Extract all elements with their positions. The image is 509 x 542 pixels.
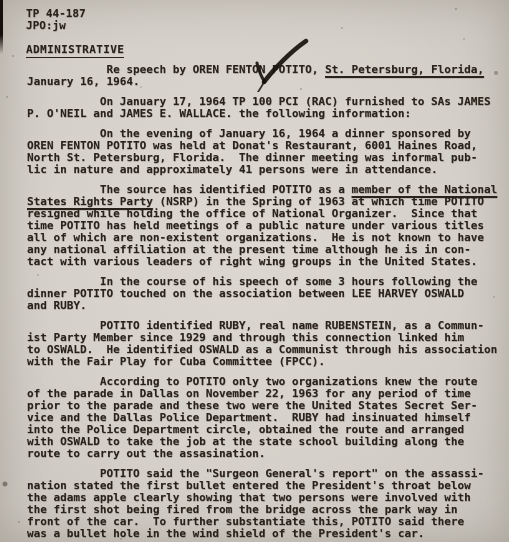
text-segment: with the Fair Play for Cuba Committee (F… [27,355,325,368]
photocopy-edge-mark [0,0,3,54]
text-segment: was a bullet hole in the wind shield of … [27,527,424,540]
para-dinner: On the evening of January 16, 1964 a din… [27,128,503,176]
document-line: was a bullet hole in the wind shield of … [27,528,503,540]
text-segment: route to carry out the assasination. [27,447,265,460]
memo-page: TP 44-187 JPO:jw ADMINISTRATIVE Re speec… [0,0,509,542]
typist-initials: JPO:jw [26,20,503,32]
para-parade-route: According to POTITO only two organizatio… [27,376,503,460]
document-line: route to carry out the assasination. [27,448,503,460]
document-line: dinner POTITO touched on the association… [27,288,503,300]
case-number: TP 44-187 [26,8,503,20]
para-surgeon-general: POTITO said the "Surgeon General's repor… [27,468,503,540]
memo-content: TP 44-187 JPO:jw ADMINISTRATIVE Re speec… [27,8,503,540]
text-segment: and RUBY. [27,299,87,312]
section-title-text: ADMINISTRATIVE [26,43,124,58]
text-segment: lic in nature and approximately 41 perso… [27,163,438,176]
section-title: ADMINISTRATIVE [26,44,503,56]
text-segment: dinner POTITO touched on the association… [27,287,464,300]
document-line: and RUBY. [27,300,503,312]
document-line: with the Fair Play for Cuba Committee (F… [27,356,503,368]
document-line: P. O'NEIL and JAMES E. WALLACE. the foll… [27,108,503,120]
para-ruby: POTITO identified RUBY, real name RUBENS… [27,320,503,368]
underlined-text: St. Petersburg, Florida, [325,63,484,76]
para-speech: In the course of his speech of some 3 ho… [27,276,503,312]
document-line: tact with various leaders of right wing … [27,256,503,268]
para-re-speech: Re speech by OREN FENTON POTITO, St. Pet… [27,64,503,88]
para-nsrp: The source has identified POTITO as a me… [27,184,503,268]
para-source-furnished: On January 17, 1964 TP 100 PCI (RAC) fur… [27,96,503,120]
document-line: January 16, 1964. [27,76,503,88]
text-segment: January 16, 1964. [27,75,140,88]
text-segment: tact with various leaders of right wing … [27,255,477,268]
document-line: lic in nature and approximately 41 perso… [27,164,503,176]
document-body: Re speech by OREN FENTON POTITO, St. Pet… [27,64,503,540]
text-segment: P. O'NEIL and JAMES E. WALLACE. the foll… [27,107,411,120]
